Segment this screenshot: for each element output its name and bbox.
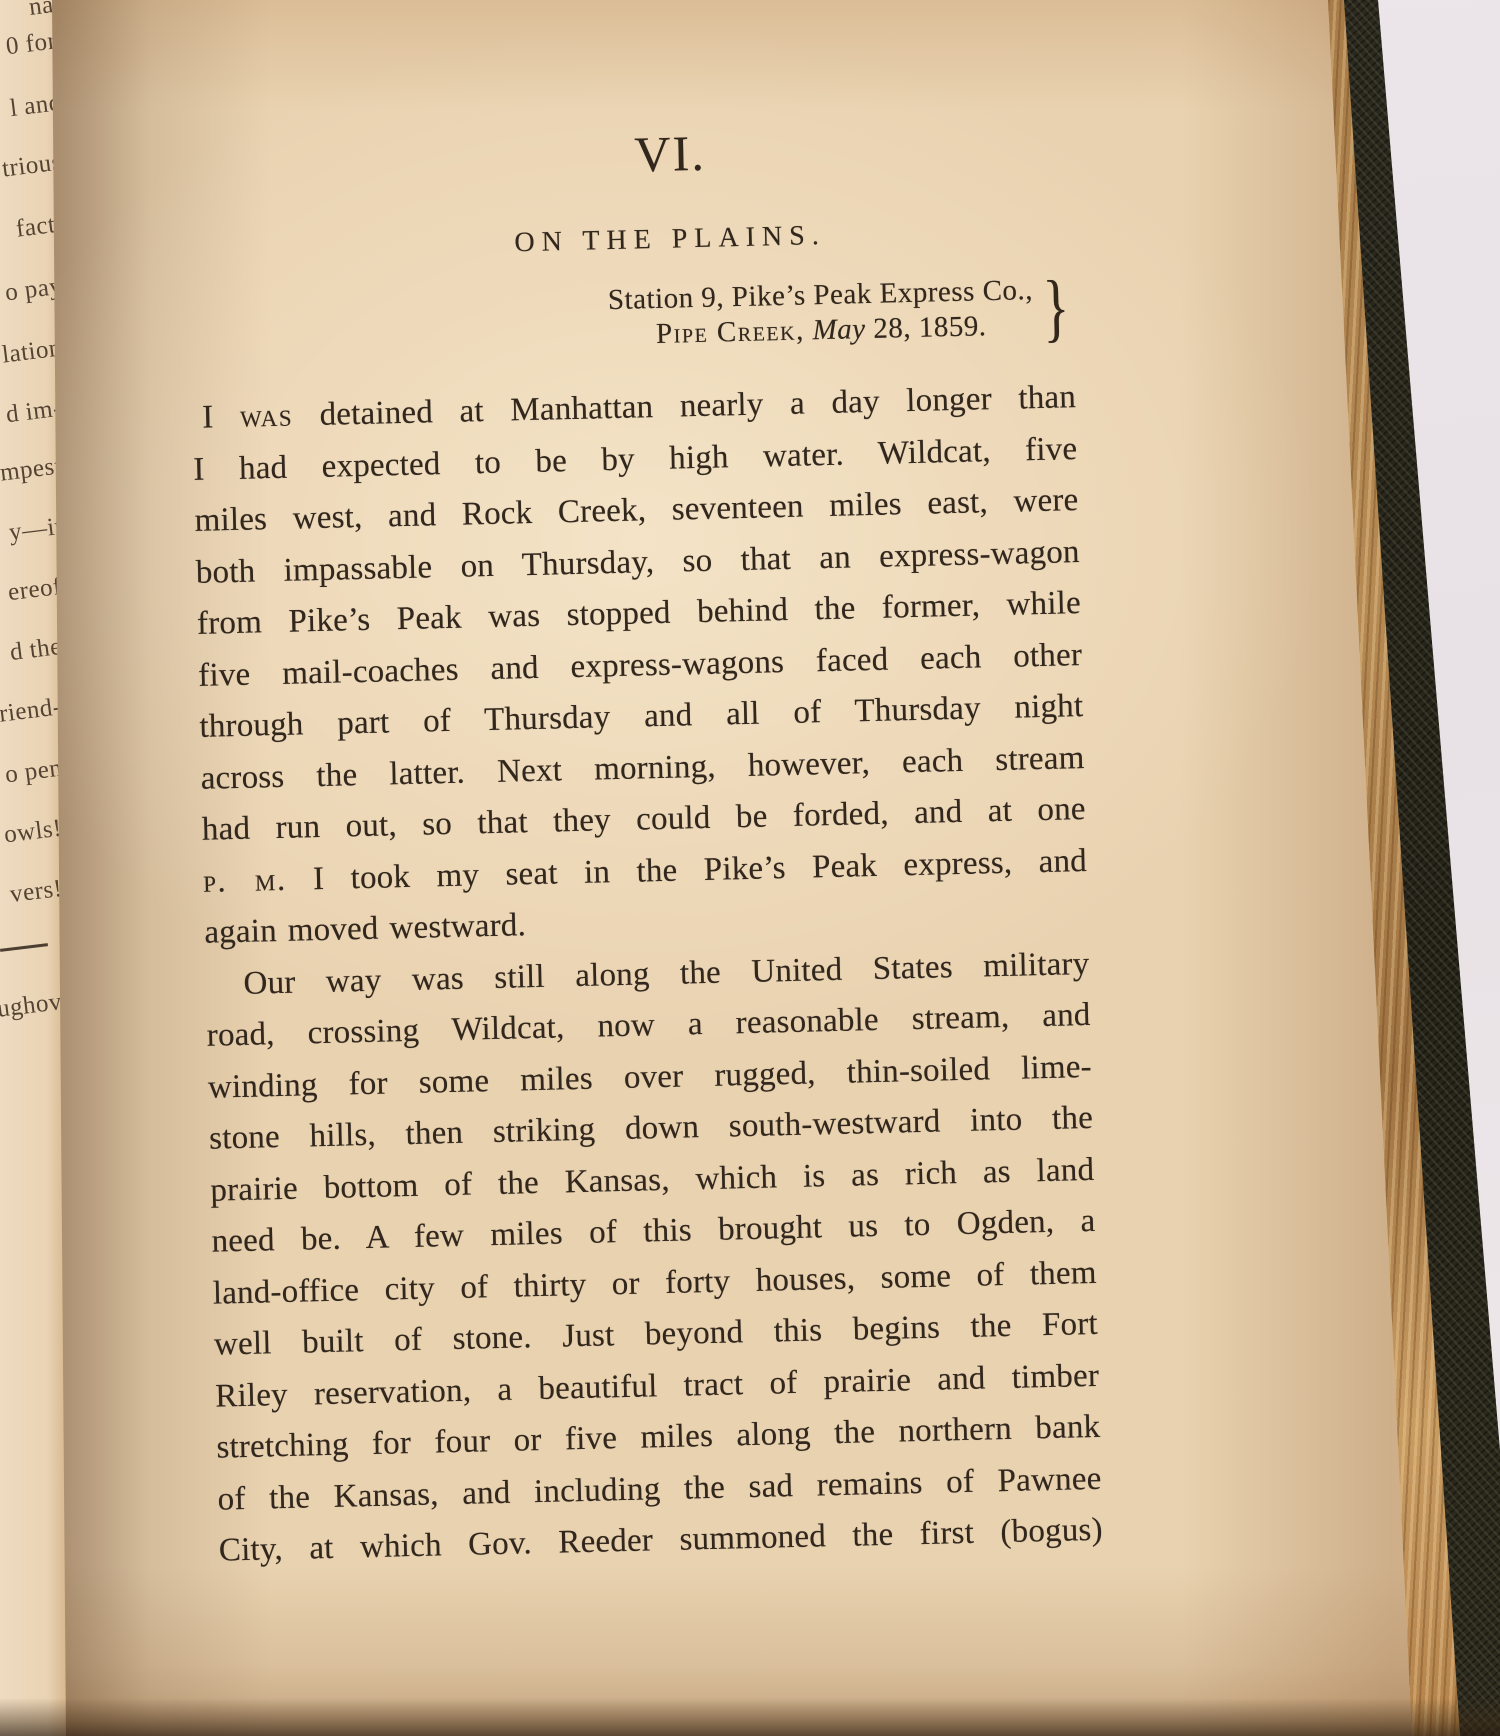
facing-page-fragment: owls! — [2, 815, 63, 850]
dateline: Station 9, Pike’s Peak Express Co., Pipe… — [189, 272, 1074, 363]
printed-text: VI. ON THE PLAINS. Station 9, Pike’s Pea… — [185, 91, 1103, 1577]
facing-page-fragment: d im- — [5, 395, 64, 430]
facing-page-fragment: o pen — [3, 755, 63, 790]
section-divider-rule — [0, 943, 48, 952]
facing-page-fragment: d the — [9, 633, 64, 667]
facing-page-fragment: vers! — [8, 875, 64, 909]
facing-page-fragment: lation — [1, 334, 64, 369]
facing-page-fragment: y—it — [7, 513, 63, 547]
chapter-number: VI. — [186, 117, 1071, 193]
body-paragraphs: I was detained at Manhattan nearly a day… — [192, 372, 1104, 1577]
chapter-title: ON THE PLAINS. — [188, 214, 1073, 267]
facing-page-fragment: ughov — [0, 988, 63, 1024]
book-photo: na- 0 for. l and trious fact, o pay lati… — [0, 0, 1500, 1736]
dateline-brace: } — [1042, 272, 1070, 343]
facing-page-fragment: riend- — [0, 693, 63, 728]
facing-page-fragment: ereof — [7, 573, 64, 607]
facing-page-fragment: mpest — [0, 452, 63, 487]
